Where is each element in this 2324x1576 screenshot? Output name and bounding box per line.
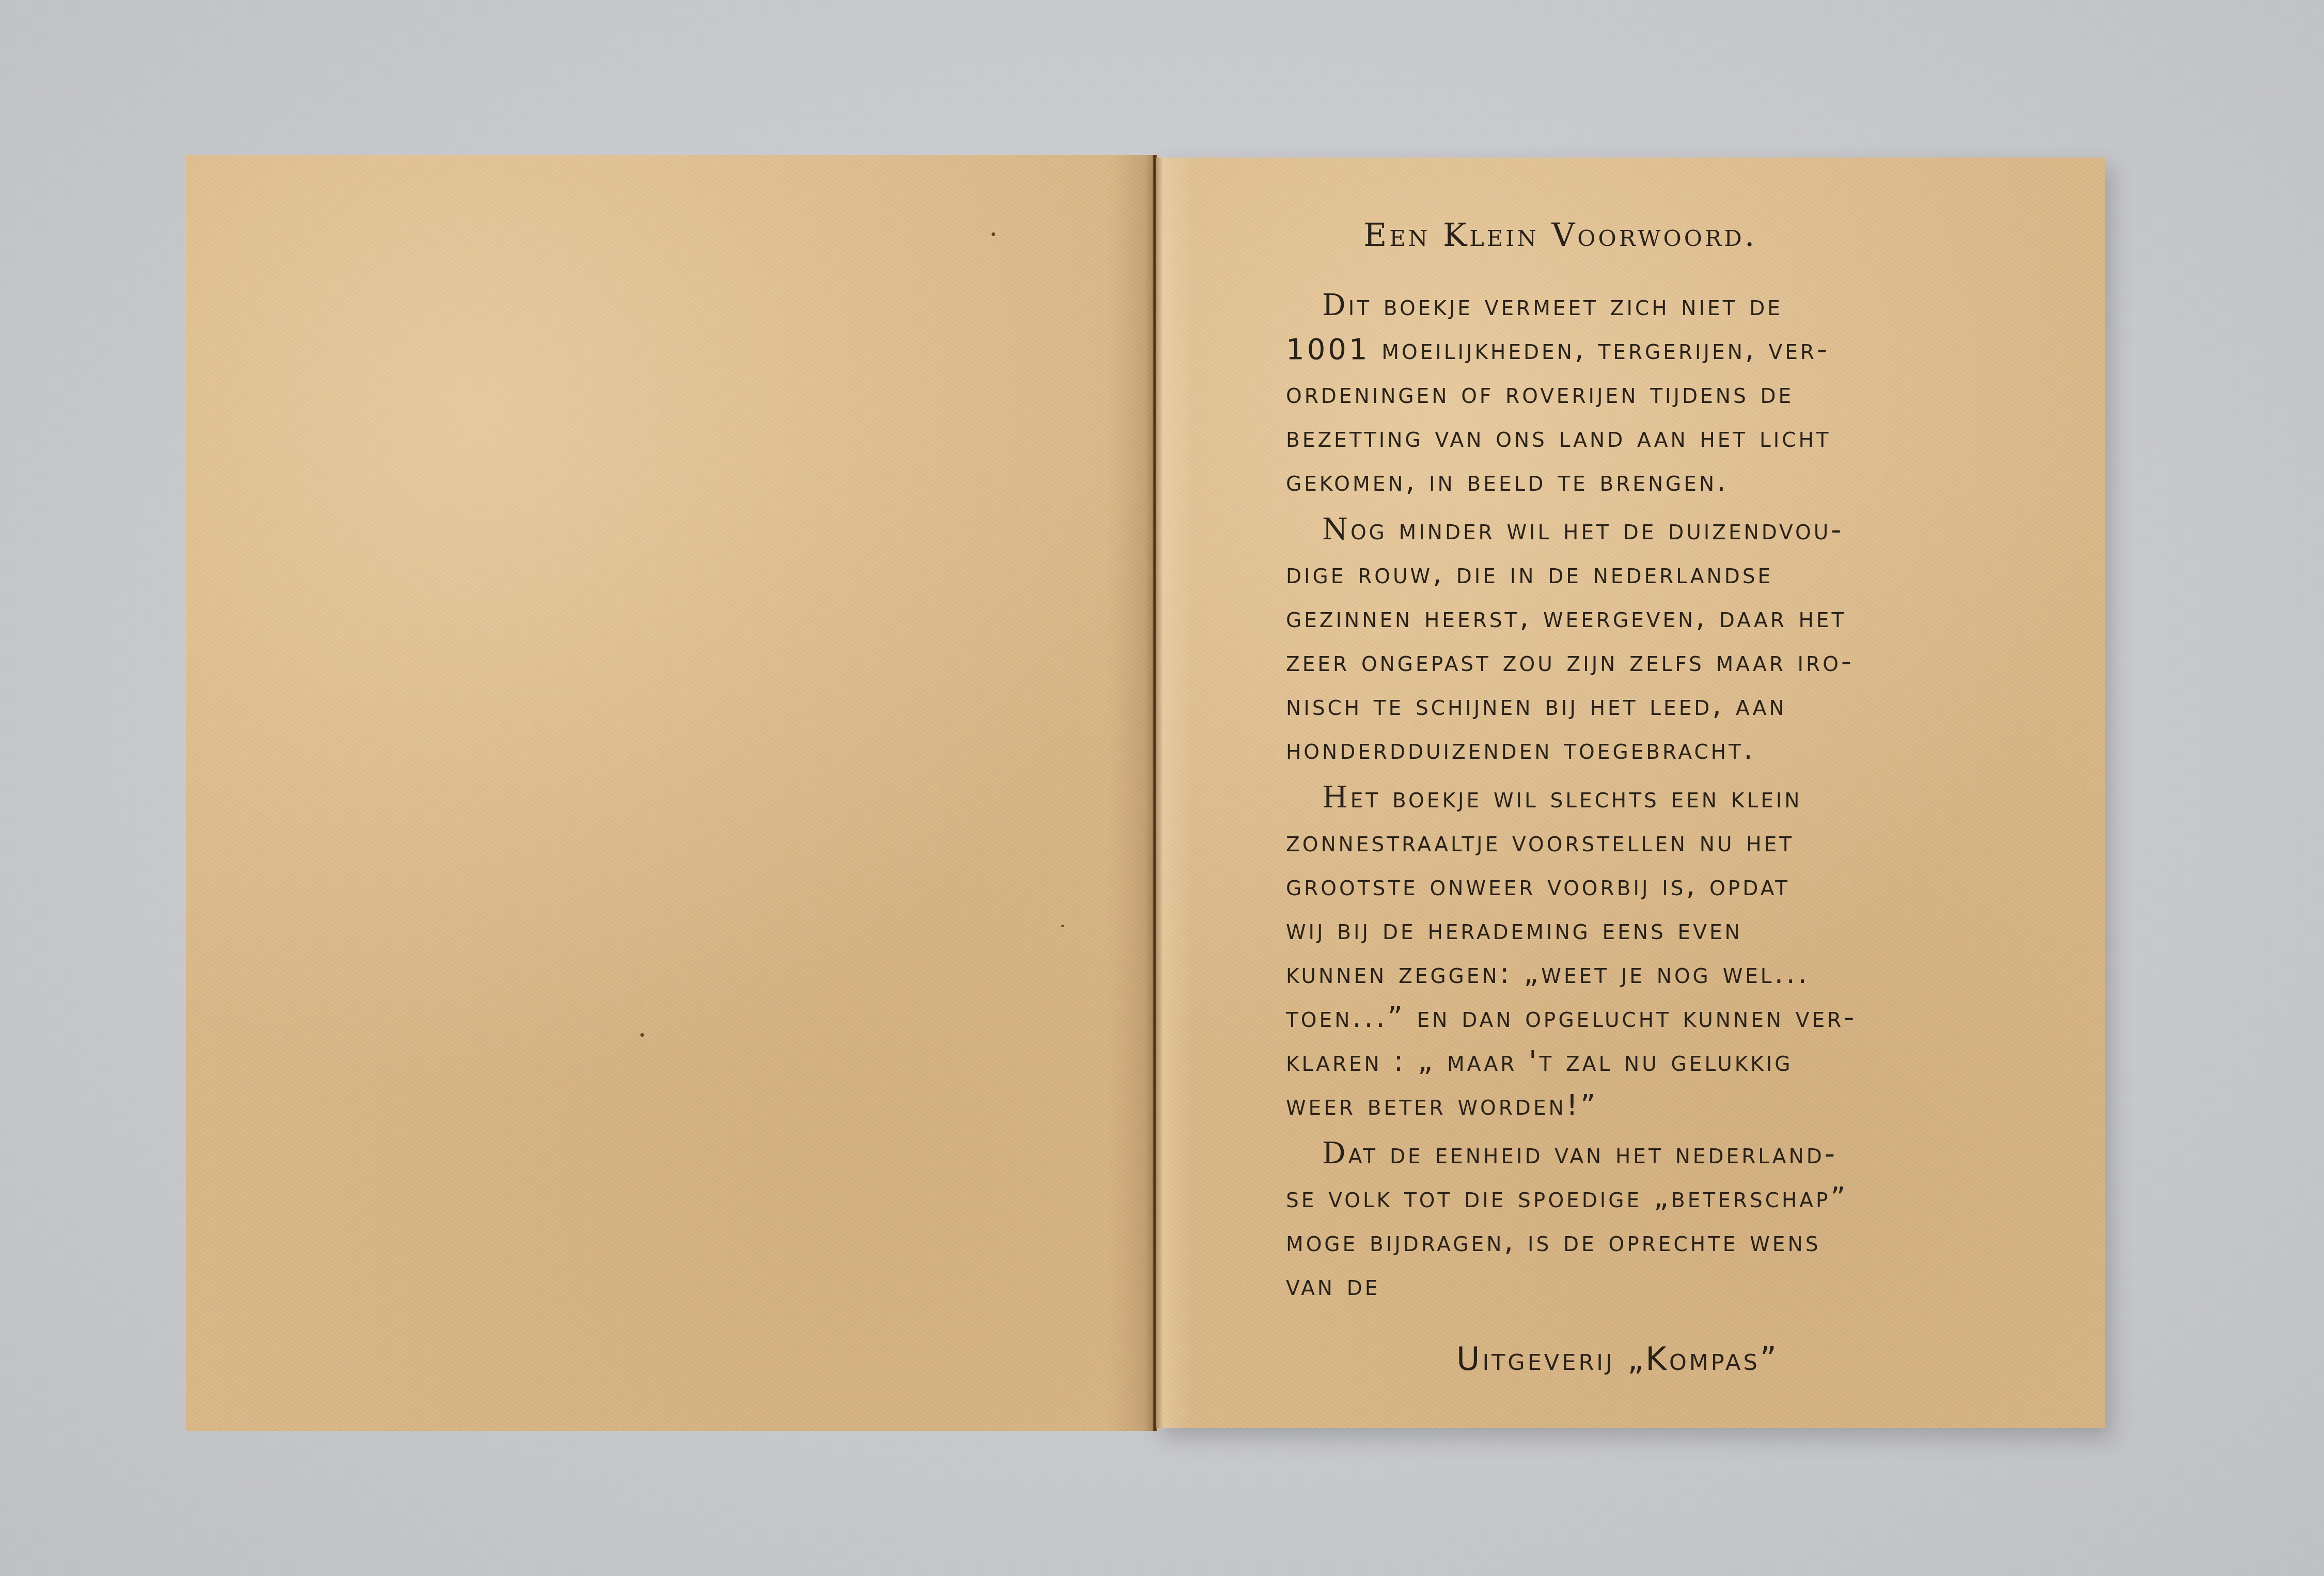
text-line: zeer ongepast zou zijn zelfs maar iro- — [1286, 639, 2040, 683]
text-line: nisch te schijnen bij het leed, aan — [1286, 683, 2040, 727]
text-line: zonnestraaltje voorstellen nu het — [1286, 820, 2040, 864]
text-line: kunnen zeggen: „Weet je nog wel... — [1286, 951, 2040, 995]
text-line: weer beter worden!” — [1286, 1083, 2040, 1127]
text-line: gekomen, in beeld te brengen. — [1286, 459, 2040, 503]
text-line: se Volk tot die spoedige „Beterschap” — [1286, 1176, 2040, 1220]
text-line: van de — [1286, 1263, 2040, 1307]
text-line: gezinnen heerst, weergeven, daar het — [1286, 596, 2040, 639]
paragraph-3: Het boekje wil slechts een klein zonnest… — [1286, 771, 2040, 1127]
paragraph-2: Nog minder wil het de duizendvou- dige r… — [1286, 503, 2040, 771]
left-page-blank — [186, 155, 1154, 1431]
text-line: bezetting van ons land aan het licht — [1286, 415, 2040, 459]
text-line: dige rouw, die in de Nederlandse — [1286, 552, 2040, 596]
paragraph-1: Dit boekje vermeet zich niet de 1001 moe… — [1286, 279, 2040, 503]
paragraph-4: Dat de Eenheid van het Nederland- se Vol… — [1286, 1127, 2040, 1307]
text-line: honderdduizenden toegebracht. — [1286, 727, 2040, 771]
open-booklet: Een Klein Voorwoord. Dit boekje vermeet … — [0, 0, 2324, 1576]
page-title: Een Klein Voorwoord. — [1363, 212, 2040, 258]
text-line: ordeningen of roverijen tijdens de — [1286, 371, 2040, 415]
text-line: wij bij de herademing eens even — [1286, 908, 2040, 951]
text-line: Het boekje wil slechts een klein — [1286, 771, 2040, 820]
paper-speck — [992, 232, 995, 236]
text-line: Dat de Eenheid van het Nederland- — [1286, 1127, 2040, 1176]
text-line: toen...” en dan opgelucht kunnen ver- — [1286, 995, 2040, 1039]
text-line: Dit boekje vermeet zich niet de — [1286, 279, 2040, 327]
paper-speck — [640, 1033, 644, 1037]
publisher-signature: Uitgeverij „Kompas” — [1456, 1333, 2040, 1385]
text-line: moge bijdragen, is de oprechte wens — [1286, 1220, 2040, 1263]
foreword-text: Een Klein Voorwoord. Dit boekje vermeet … — [1286, 212, 2040, 1385]
paper-speck — [1061, 925, 1064, 927]
text-line: Nog minder wil het de duizendvou- — [1286, 503, 2040, 552]
text-line: grootste onweer voorbij is, opdat — [1286, 864, 2040, 908]
text-line: klaren : „ Maar 't zal nu gelukkig — [1286, 1039, 2040, 1083]
text-line: 1001 moeilijkheden, tergerijen, ver- — [1286, 327, 2040, 371]
